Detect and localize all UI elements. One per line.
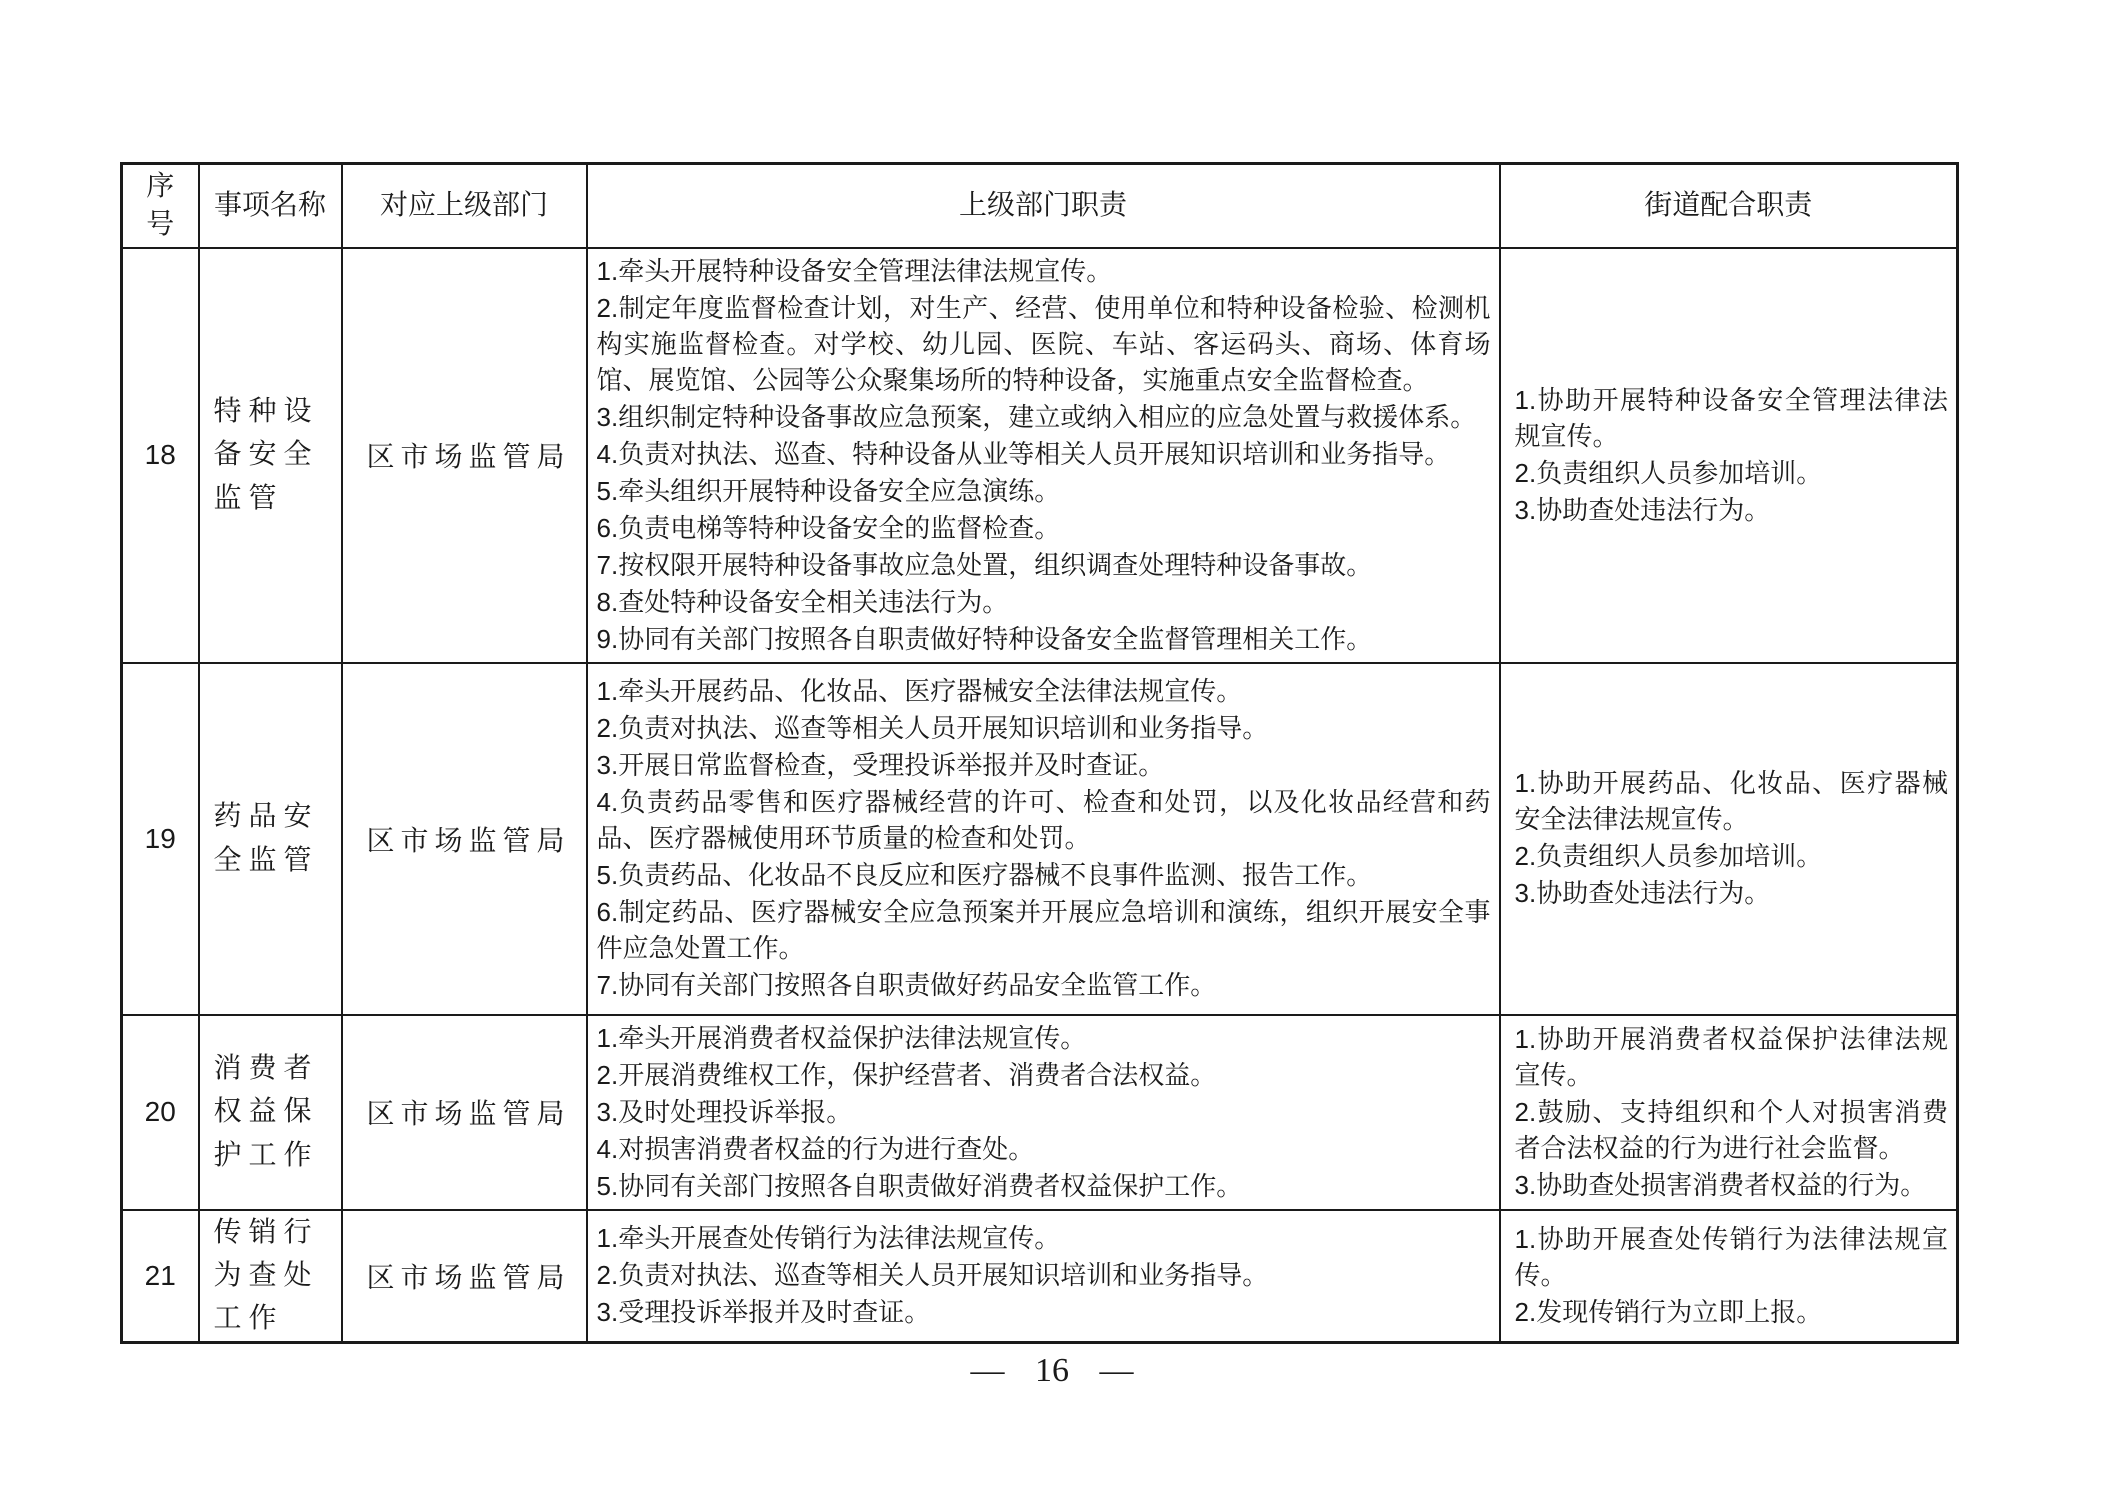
duty-item: 1.牵头开展特种设备安全管理法律法规宣传。	[597, 253, 1491, 290]
duty-item: 3.协助查处损害消费者权益的行为。	[1515, 1167, 1949, 1204]
department-cell: 区市场监管局	[342, 1015, 587, 1210]
duty-item: 1.协助开展特种设备安全管理法律法规宣传。	[1515, 382, 1949, 455]
duty-item: 2.开展消费维权工作，保护经营者、消费者合法权益。	[597, 1057, 1491, 1094]
superior-duties-cell: 1.牵头开展特种设备安全管理法律法规宣传。2.制定年度监督检查计划，对生产、经营…	[587, 248, 1500, 663]
duty-item: 3.组织制定特种设备事故应急预案，建立或纳入相应的应急处置与救援体系。	[597, 399, 1491, 436]
street-duties-cell: 1.协助开展查处传销行为法律法规宣传。2.发现传销行为立即上报。	[1500, 1210, 1958, 1343]
duty-item: 2.发现传销行为立即上报。	[1515, 1294, 1949, 1331]
page-number: — 16 —	[0, 1352, 2104, 1390]
duty-item: 5.负责药品、化妆品不良反应和医疗器械不良事件监测、报告工作。	[597, 857, 1491, 894]
duty-item: 5.牵头组织开展特种设备安全应急演练。	[597, 473, 1491, 510]
item-name-cell: 传销行为查处工作	[199, 1210, 342, 1343]
department-cell: 区市场监管局	[342, 663, 587, 1015]
duty-item: 7.协同有关部门按照各自职责做好药品安全监管工作。	[597, 967, 1491, 1004]
duty-item: 1.协助开展药品、化妆品、医疗器械安全法律法规宣传。	[1515, 765, 1949, 838]
table-row: 21传销行为查处工作区市场监管局1.牵头开展查处传销行为法律法规宣传。2.负责对…	[122, 1210, 1958, 1343]
row-number-cell: 19	[122, 663, 199, 1015]
duty-item: 1.协助开展消费者权益保护法律法规宣传。	[1515, 1021, 1949, 1094]
superior-duties-cell: 1.牵头开展消费者权益保护法律法规宣传。2.开展消费维权工作，保护经营者、消费者…	[587, 1015, 1500, 1210]
department-cell: 区市场监管局	[342, 248, 587, 663]
superior-duties-cell: 1.牵头开展查处传销行为法律法规宣传。2.负责对执法、巡查等相关人员开展知识培训…	[587, 1210, 1500, 1343]
responsibility-table: 序号 事项名称 对应上级部门 上级部门职责 街道配合职责 18特种设备安全监管区…	[120, 162, 1959, 1344]
duty-item: 1.协助开展查处传销行为法律法规宣传。	[1515, 1221, 1949, 1294]
header-superior-duties: 上级部门职责	[587, 164, 1500, 248]
duty-item: 2.负责组织人员参加培训。	[1515, 838, 1949, 875]
duty-item: 4.负责对执法、巡查、特种设备从业等相关人员开展知识培训和业务指导。	[597, 436, 1491, 473]
duty-item: 1.牵头开展药品、化妆品、医疗器械安全法律法规宣传。	[597, 673, 1491, 710]
street-duties-cell: 1.协助开展特种设备安全管理法律法规宣传。2.负责组织人员参加培训。3.协助查处…	[1500, 248, 1958, 663]
street-duties-cell: 1.协助开展药品、化妆品、医疗器械安全法律法规宣传。2.负责组织人员参加培训。3…	[1500, 663, 1958, 1015]
header-item-name: 事项名称	[199, 164, 342, 248]
duty-item: 6.制定药品、医疗器械安全应急预案并开展应急培训和演练，组织开展安全事件应急处置…	[597, 894, 1491, 967]
superior-duties-cell: 1.牵头开展药品、化妆品、医疗器械安全法律法规宣传。2.负责对执法、巡查等相关人…	[587, 663, 1500, 1015]
duty-item: 2.负责对执法、巡查等相关人员开展知识培训和业务指导。	[597, 1257, 1491, 1294]
document-page: 序号 事项名称 对应上级部门 上级部门职责 街道配合职责 18特种设备安全监管区…	[0, 0, 2104, 1488]
duty-item: 4.对损害消费者权益的行为进行查处。	[597, 1131, 1491, 1168]
header-superior-department: 对应上级部门	[342, 164, 587, 248]
duty-item: 6.负责电梯等特种设备安全的监督检查。	[597, 510, 1491, 547]
duty-item: 5.协同有关部门按照各自职责做好消费者权益保护工作。	[597, 1168, 1491, 1205]
item-name-cell: 消费者权益保护工作	[199, 1015, 342, 1210]
item-name-cell: 特种设备安全监管	[199, 248, 342, 663]
header-street-duties: 街道配合职责	[1500, 164, 1958, 248]
row-number-cell: 18	[122, 248, 199, 663]
duty-item: 2.负责组织人员参加培训。	[1515, 455, 1949, 492]
duty-item: 3.协助查处违法行为。	[1515, 875, 1949, 912]
department-cell: 区市场监管局	[342, 1210, 587, 1343]
duty-item: 8.查处特种设备安全相关违法行为。	[597, 584, 1491, 621]
duty-item: 3.受理投诉举报并及时查证。	[597, 1294, 1491, 1331]
duty-item: 2.鼓励、支持组织和个人对损害消费者合法权益的行为进行社会监督。	[1515, 1094, 1949, 1167]
duty-item: 4.负责药品零售和医疗器械经营的许可、检查和处罚，以及化妆品经营和药品、医疗器械…	[597, 784, 1491, 857]
duty-item: 7.按权限开展特种设备事故应急处置，组织调查处理特种设备事故。	[597, 547, 1491, 584]
header-serial-number: 序号	[122, 164, 199, 248]
duty-item: 9.协同有关部门按照各自职责做好特种设备安全监督管理相关工作。	[597, 621, 1491, 658]
table-row: 20消费者权益保护工作区市场监管局1.牵头开展消费者权益保护法律法规宣传。2.开…	[122, 1015, 1958, 1210]
row-number-cell: 20	[122, 1015, 199, 1210]
table-row: 19药品安全监管区市场监管局1.牵头开展药品、化妆品、医疗器械安全法律法规宣传。…	[122, 663, 1958, 1015]
duty-item: 3.及时处理投诉举报。	[597, 1094, 1491, 1131]
duty-item: 2.负责对执法、巡查等相关人员开展知识培训和业务指导。	[597, 710, 1491, 747]
table-row: 18特种设备安全监管区市场监管局1.牵头开展特种设备安全管理法律法规宣传。2.制…	[122, 248, 1958, 663]
header-row: 序号 事项名称 对应上级部门 上级部门职责 街道配合职责	[122, 164, 1958, 248]
duty-item: 1.牵头开展消费者权益保护法律法规宣传。	[597, 1020, 1491, 1057]
street-duties-cell: 1.协助开展消费者权益保护法律法规宣传。2.鼓励、支持组织和个人对损害消费者合法…	[1500, 1015, 1958, 1210]
duty-item: 2.制定年度监督检查计划，对生产、经营、使用单位和特种设备检验、检测机构实施监督…	[597, 290, 1491, 399]
duty-item: 3.协助查处违法行为。	[1515, 492, 1949, 529]
duty-item: 3.开展日常监督检查，受理投诉举报并及时查证。	[597, 747, 1491, 784]
row-number-cell: 21	[122, 1210, 199, 1343]
item-name-cell: 药品安全监管	[199, 663, 342, 1015]
duty-item: 1.牵头开展查处传销行为法律法规宣传。	[597, 1220, 1491, 1257]
